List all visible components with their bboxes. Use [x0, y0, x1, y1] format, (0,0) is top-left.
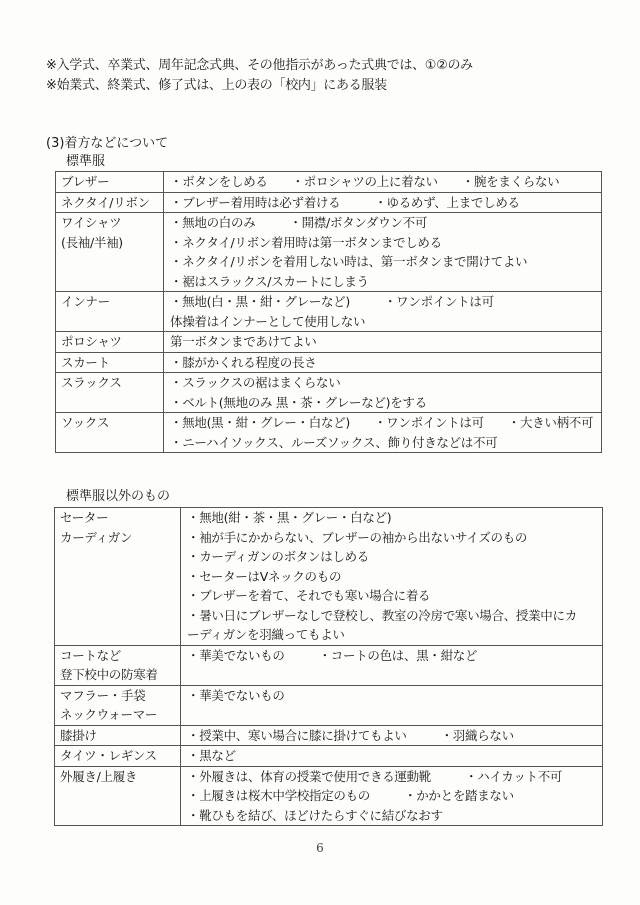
rule-item: ・ハイカット不可 [465, 767, 562, 787]
section-title: (3)着方などについて [46, 134, 168, 154]
table-row: コートなど登下校中の防寒着・華美でないもの・コートの色は、黒・紺など [55, 645, 603, 685]
rule-line: ・上履きは桜木中学校指定のもの・かかとを踏まない [187, 786, 596, 806]
table-row: マフラー・手袋ネックウォーマー・華美でないもの [55, 685, 603, 725]
rule-item: ・ワンポイントは可 [384, 292, 494, 312]
rule-item: ・スラックスの裾はまくらない [170, 373, 340, 393]
rule-item: ・裾はスラックス/スカートにしまう [170, 272, 369, 292]
standard-uniform-heading: 標準服 [66, 152, 105, 172]
rule-line: ・裾はスラックス/スカートにしまう [170, 272, 595, 292]
rule-line: ・ボタンをしめる・ポロシャツの上に着ない・腕をまくらない [170, 172, 595, 192]
rule-line: ・黒など [187, 746, 596, 766]
rule-line: ・ニーハイソックス、ルーズソックス、飾り付きなどは不可 [170, 433, 595, 453]
rule-item: ・上履きは桜木中学校指定のもの [187, 786, 370, 806]
rule-item: ・授業中、寒い場合に膝に掛けてもよい [187, 726, 407, 746]
rule-item: ・ネクタイ/リボン着用時は第一ボタンまでしめる [170, 233, 442, 253]
row-label: タイツ・レギンス [55, 746, 181, 767]
label-line: 外履き/上履き [60, 767, 174, 787]
rule-line: ・セーターはVネックのもの [187, 567, 596, 587]
label-line: スカート [61, 353, 157, 373]
note-term-ceremony: ※始業式、終業式、修了式は、上の表の「校内」にある服装 [46, 76, 387, 96]
rule-item: ・ブレザー着用時は必ず着ける [170, 193, 340, 213]
rule-item: ・カーディガンのボタンはしめる [187, 547, 369, 567]
rule-item: ・袖が手にかからない、ブレザーの袖から出ないサイズのもの [187, 528, 527, 548]
non-standard-items-table: セーターカーディガン・無地(紺・茶・黒・グレー・白など)・袖が手にかからない、ブ… [54, 507, 603, 826]
table-row: スカート・膝がかくれる程度の長さ [56, 352, 602, 373]
row-rules: ・無地の白のみ・開襟/ボタンダウン不可・ネクタイ/リボン着用時は第一ボタンまでし… [164, 213, 602, 292]
rule-line: ・袖が手にかからない、ブレザーの袖から出ないサイズのもの [187, 528, 596, 548]
label-line: ポロシャツ [61, 332, 157, 352]
rule-line: ・華美でないもの [187, 686, 596, 706]
rule-line: 体操着はインナーとして使用しない [170, 312, 595, 332]
row-label: ワイシャツ(長袖/半袖) [56, 213, 164, 292]
rule-item: ・黒など [187, 746, 236, 766]
label-line: コートなど [60, 646, 174, 666]
rule-item: ・華美でないもの [187, 686, 285, 706]
table-row: ソックス・無地(黒・紺・グレー・白など)・ワンポイントは可・大きい柄不可・ニーハ… [56, 413, 602, 453]
table-row: タイツ・レギンス・黒など [55, 746, 603, 767]
row-label: インナー [56, 292, 164, 332]
rule-line: ・ベルト(無地のみ 黒・茶・グレーなど)をする [170, 393, 595, 413]
row-rules: ・授業中、寒い場合に膝に掛けてもよい・羽織らない [181, 725, 603, 746]
table-row: ポロシャツ第一ボタンまであけてよい [56, 332, 602, 353]
row-rules: ・無地(白・黒・紺・グレーなど)・ワンポイントは可体操着はインナーとして使用しな… [164, 292, 602, 332]
standard-uniform-table: ブレザー・ボタンをしめる・ポロシャツの上に着ない・腕をまくらないネクタイ/リボン… [55, 171, 602, 453]
rule-item: ・暑い日にブレザーなしで登校し、教室の冷房で寒い場合、授業中にカ [187, 606, 577, 626]
rule-item: ・羽織らない [441, 726, 514, 746]
rule-item: ・ブレザーを着て、それでも寒い場合に着る [187, 586, 430, 606]
label-line: セーター [60, 508, 174, 528]
rule-item: 第一ボタンまであけてよい [170, 332, 316, 352]
label-line: スラックス [61, 373, 157, 393]
rule-item: ・ボタンをしめる [170, 172, 268, 192]
row-rules: ・無地(黒・紺・グレー・白など)・ワンポイントは可・大きい柄不可・ニーハイソック… [164, 413, 602, 453]
row-label: ソックス [56, 413, 164, 453]
rule-item: ・コートの色は、黒・紺など [319, 646, 478, 666]
table-row: スラックス・スラックスの裾はまくらない・ベルト(無地のみ 黒・茶・グレーなど)を… [56, 373, 602, 413]
label-line: ブレザー [61, 172, 157, 192]
rule-line: ・ネクタイ/リボン着用時は第一ボタンまでしめる [170, 233, 595, 253]
rule-item: ・ワンポイントは可 [374, 413, 484, 433]
page-number: 6 [0, 841, 640, 855]
table-row: ネクタイ/リボン・ブレザー着用時は必ず着ける・ゆるめず、上までしめる [56, 192, 602, 213]
table-row: ブレザー・ボタンをしめる・ポロシャツの上に着ない・腕をまくらない [56, 172, 602, 193]
rule-line: ・無地(黒・紺・グレー・白など)・ワンポイントは可・大きい柄不可 [170, 413, 595, 433]
rule-item: ・無地(白・黒・紺・グレーなど) [170, 292, 350, 312]
row-label: スラックス [56, 373, 164, 413]
table-row: ワイシャツ(長袖/半袖)・無地の白のみ・開襟/ボタンダウン不可・ネクタイ/リボン… [56, 213, 602, 292]
rule-item: ・腕をまくらない [462, 172, 560, 192]
table-row: セーターカーディガン・無地(紺・茶・黒・グレー・白など)・袖が手にかからない、ブ… [55, 508, 603, 646]
rule-item: ・ゆるめず、上までしめる [374, 193, 519, 213]
row-label: コートなど登下校中の防寒着 [55, 645, 181, 685]
row-label: マフラー・手袋ネックウォーマー [55, 685, 181, 725]
rule-line: ・無地の白のみ・開襟/ボタンダウン不可 [170, 213, 595, 233]
row-label: ネクタイ/リボン [56, 192, 164, 213]
rule-item: ・ネクタイ/リボンを着用しない時は、第一ボタンまで開けてよい [170, 252, 527, 272]
row-rules: ・無地(紺・茶・黒・グレー・白など)・袖が手にかからない、ブレザーの袖から出ない… [181, 508, 603, 646]
row-rules: ・膝がかくれる程度の長さ [164, 352, 602, 373]
label-line: マフラー・手袋 [60, 686, 174, 706]
row-rules: ・華美でないもの [181, 685, 603, 725]
rule-line: ・カーディガンのボタンはしめる [187, 547, 596, 567]
rule-line: ・膝がかくれる程度の長さ [170, 353, 595, 373]
rule-line: ・ネクタイ/リボンを着用しない時は、第一ボタンまで開けてよい [170, 252, 595, 272]
label-line: 膝掛け [60, 726, 174, 746]
rule-line: ・スラックスの裾はまくらない [170, 373, 595, 393]
row-rules: ・黒など [181, 746, 603, 767]
label-line: ネクタイ/リボン [61, 193, 157, 213]
row-rules: ・スラックスの裾はまくらない・ベルト(無地のみ 黒・茶・グレーなど)をする [164, 373, 602, 413]
label-line: (長袖/半袖) [61, 233, 157, 253]
rule-item: ・開襟/ボタンダウン不可 [289, 213, 427, 233]
rule-item: ・無地(紺・茶・黒・グレー・白など) [187, 508, 391, 528]
rule-line: ・授業中、寒い場合に膝に掛けてもよい・羽織らない [187, 726, 596, 746]
row-label: 外履き/上履き [55, 766, 181, 826]
table-row: 外履き/上履き・外履きは、体育の授業で使用できる運動靴・ハイカット不可・上履きは… [55, 766, 603, 826]
label-line: ソックス [61, 413, 157, 433]
label-line: ワイシャツ [61, 213, 157, 233]
row-label: スカート [56, 352, 164, 373]
label-line: タイツ・レギンス [60, 746, 174, 766]
row-label: ブレザー [56, 172, 164, 193]
rule-item: ・靴ひもを結び、ほどけたらすぐに結びなおす [187, 806, 443, 826]
rule-line: ・ブレザー着用時は必ず着ける・ゆるめず、上までしめる [170, 193, 595, 213]
rule-line: ・ブレザーを着て、それでも寒い場合に着る [187, 586, 596, 606]
label-line: 登下校中の防寒着 [60, 665, 174, 685]
rule-item: ・セーターはVネックのもの [187, 567, 341, 587]
rule-item: ・大きい柄不可 [508, 413, 593, 433]
label-line: インナー [61, 292, 157, 312]
row-label: 膝掛け [55, 725, 181, 746]
rule-item: ・かかとを踏まない [404, 786, 514, 806]
rule-item: ・膝がかくれる程度の長さ [170, 353, 316, 373]
rule-line: 第一ボタンまであけてよい [170, 332, 595, 352]
rule-item: ・外履きは、体育の授業で使用できる運動靴 [187, 767, 431, 787]
rule-item: ・ポロシャツの上に着ない [292, 172, 438, 192]
row-rules: ・外履きは、体育の授業で使用できる運動靴・ハイカット不可・上履きは桜木中学校指定… [181, 766, 603, 826]
row-label: ポロシャツ [56, 332, 164, 353]
row-rules: ・ボタンをしめる・ポロシャツの上に着ない・腕をまくらない [164, 172, 602, 193]
rule-line: ーディガンを羽織ってもよい [187, 625, 596, 645]
rule-item: ・ベルト(無地のみ 黒・茶・グレーなど)をする [170, 393, 427, 413]
non-standard-heading: 標準服以外のもの [66, 487, 170, 507]
rule-line [187, 705, 596, 725]
rule-item: ・無地(黒・紺・グレー・白など) [170, 413, 350, 433]
table-row: インナー・無地(白・黒・紺・グレーなど)・ワンポイントは可体操着はインナーとして… [56, 292, 602, 332]
row-label: セーターカーディガン [55, 508, 181, 646]
row-rules: ・華美でないもの・コートの色は、黒・紺など [181, 645, 603, 685]
rule-item: ・無地の白のみ [170, 213, 255, 233]
label-line: ネックウォーマー [60, 705, 174, 725]
rule-line [187, 665, 596, 685]
table-row: 膝掛け・授業中、寒い場合に膝に掛けてもよい・羽織らない [55, 725, 603, 746]
rule-item: ーディガンを羽織ってもよい [187, 625, 345, 645]
rule-line: ・外履きは、体育の授業で使用できる運動靴・ハイカット不可 [187, 767, 596, 787]
row-rules: 第一ボタンまであけてよい [164, 332, 602, 353]
label-line: カーディガン [60, 528, 174, 548]
rule-item: ・華美でないもの [187, 646, 285, 666]
rule-line: ・無地(白・黒・紺・グレーなど)・ワンポイントは可 [170, 292, 595, 312]
rule-line: ・華美でないもの・コートの色は、黒・紺など [187, 646, 596, 666]
row-rules: ・ブレザー着用時は必ず着ける・ゆるめず、上までしめる [164, 192, 602, 213]
rule-line: ・無地(紺・茶・黒・グレー・白など) [187, 508, 596, 528]
note-ceremony: ※入学式、卒業式、周年記念式典、その他指示があった式典では、①②のみ [46, 56, 473, 76]
rule-line: ・暑い日にブレザーなしで登校し、教室の冷房で寒い場合、授業中にカ [187, 606, 596, 626]
rule-item: 体操着はインナーとして使用しない [170, 312, 365, 332]
rule-item: ・ニーハイソックス、ルーズソックス、飾り付きなどは不可 [170, 433, 497, 453]
rule-line: ・靴ひもを結び、ほどけたらすぐに結びなおす [187, 806, 596, 826]
